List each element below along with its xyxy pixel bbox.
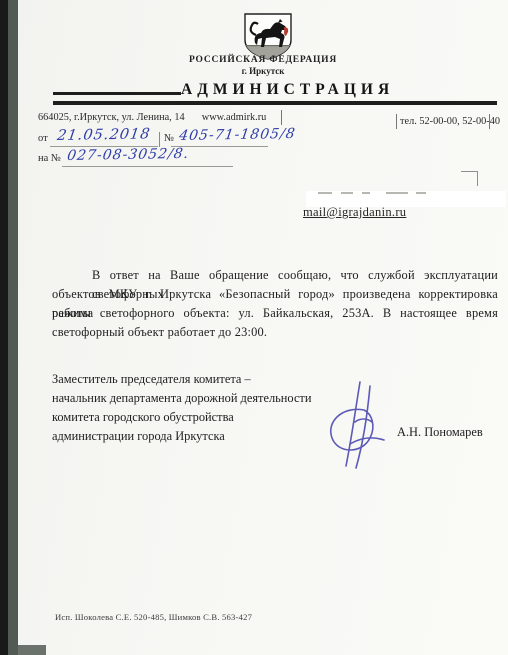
redaction-remnant <box>341 192 353 194</box>
letterhead-phone: тел. 52-00-00, 52-00-40 <box>400 116 500 127</box>
redaction-remnant <box>362 192 370 194</box>
letterhead-address-line: 664025, г.Иркутск, ул. Ленина, 14 www.ad… <box>38 112 266 123</box>
letterhead-organization-title: АДМИНИСТРАЦИЯ <box>181 81 394 99</box>
signature-title-line: начальник департамента дорожной деятельн… <box>52 391 311 406</box>
letterhead-city: г. Иркутск <box>18 66 508 76</box>
signature-title-line: комитета городского обустройства <box>52 410 234 425</box>
letterhead-postal-address: 664025, г.Иркутск, ул. Ленина, 14 <box>38 112 185 123</box>
letterhead-website: www.admirk.ru <box>202 112 267 123</box>
ref-date-handwritten: 21.05.2018 <box>56 126 152 144</box>
ref-reply-label: на № <box>38 153 61 164</box>
ref-number-label: № <box>164 133 174 144</box>
ref-field-tick <box>159 132 160 147</box>
redaction-remnant <box>416 192 426 194</box>
handwritten-signature <box>322 378 394 475</box>
letterhead-rule-left <box>53 92 181 95</box>
signer-name: А.Н. Пономарев <box>397 425 483 440</box>
body-line: светофорный объект работает до 23:00. <box>52 323 498 342</box>
letterhead-rule-full <box>53 101 497 105</box>
scan-edge-green <box>8 0 18 655</box>
body-line: работы светофорного объекта: ул. Байкаль… <box>52 304 498 323</box>
recipient-corner-mark-horizontal <box>461 171 478 172</box>
letterhead-country: РОССИЙСКАЯ ФЕДЕРАЦИЯ <box>18 55 508 65</box>
letterhead-phone-separator-right <box>489 114 490 129</box>
ref-incoming-number-handwritten: 027-08-3052/8. <box>66 146 190 164</box>
executors-line: Исп. Шоколева С.Е. 520-485, Шимков С.В. … <box>55 612 252 622</box>
recipient-corner-mark-vertical <box>477 171 478 186</box>
ref-from-label: от <box>38 133 48 144</box>
ref-outgoing-number-handwritten: 405-71-1805/8 <box>178 126 297 144</box>
ref-reply-underline <box>62 166 233 167</box>
scan-edge-corner <box>18 645 46 655</box>
redaction-remnant <box>318 192 332 194</box>
redaction-remnant <box>386 192 408 194</box>
signature-title-line: Заместитель председателя комитета – <box>52 372 251 387</box>
recipient-email: mail@igrajdanin.ru <box>303 205 406 220</box>
signature-title-line: администрации города Иркутска <box>52 429 225 444</box>
scan-edge-black <box>0 0 8 655</box>
letterhead-address-separator <box>281 110 282 125</box>
letterhead-phone-separator-left <box>396 114 397 129</box>
